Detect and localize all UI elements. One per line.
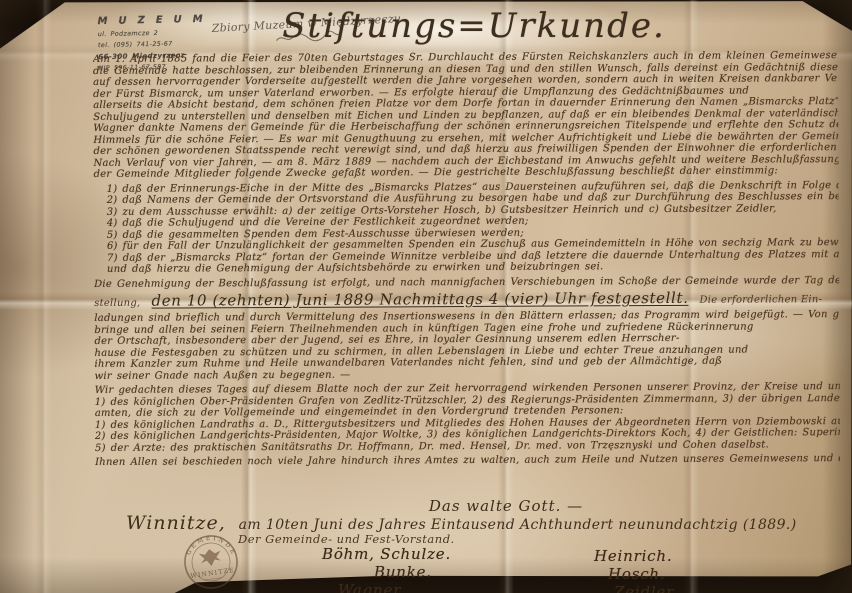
manuscript-body: Am 1. April 1885 fand die Feier des 70te…: [93, 50, 840, 468]
eagle-emblem-icon: [198, 548, 222, 568]
dignitaries-list: 1) des königlichen Ober-Präsidenten Graf…: [95, 393, 840, 454]
seal-name-text: WINNITZE: [190, 567, 235, 580]
signature: Heinrich.: [594, 547, 678, 565]
signature: Hosch.: [608, 565, 678, 583]
ceremony-date-continuation: Die erforderlichen Ein-: [700, 294, 823, 306]
ceremony-date-prefix: stellung,: [94, 298, 140, 309]
community-seal: GEMEINDE WINNITZE: [176, 529, 245, 593]
place-name: Winnitze,: [126, 512, 226, 534]
signature: Böhm, Schulze.: [322, 545, 451, 563]
ceremony-date-line: stellung, den 10 (zehnten) Juni 1889 Nac…: [94, 287, 839, 310]
paragraph-opening: Am 1. April 1885 fand die Feier des 70te…: [93, 50, 839, 180]
resolution-items: 1) daß der Erinnerungs-Eiche in der Mitt…: [94, 180, 839, 276]
document-photo: M U Z E U Mul. Podzamcze 2tel. (095) 741…: [0, 0, 852, 593]
document-title: Stiftungs=Urkunde.: [0, 6, 852, 46]
date-text: am 10ten Juni des Jahres Eintausend Acht…: [239, 517, 797, 533]
ceremony-date-emphasized: den 10 (zehnten) Juni 1889 Nachmittags 4…: [151, 289, 688, 310]
signature-column-left: Böhm, Schulze.Bunke.Wagner.: [322, 545, 451, 593]
signature: Zeidler.: [614, 583, 678, 593]
signature: Bunke.: [374, 563, 451, 581]
signature-column-right: Heinrich.Hosch.Zeidler.: [594, 547, 678, 593]
board-designation: Der Gemeinde- und Fest-Vorstand.: [238, 532, 455, 546]
paragraph-festivities: ladungen sind brieflich und durch Vermit…: [94, 309, 839, 382]
signature: Wagner.: [338, 581, 451, 593]
